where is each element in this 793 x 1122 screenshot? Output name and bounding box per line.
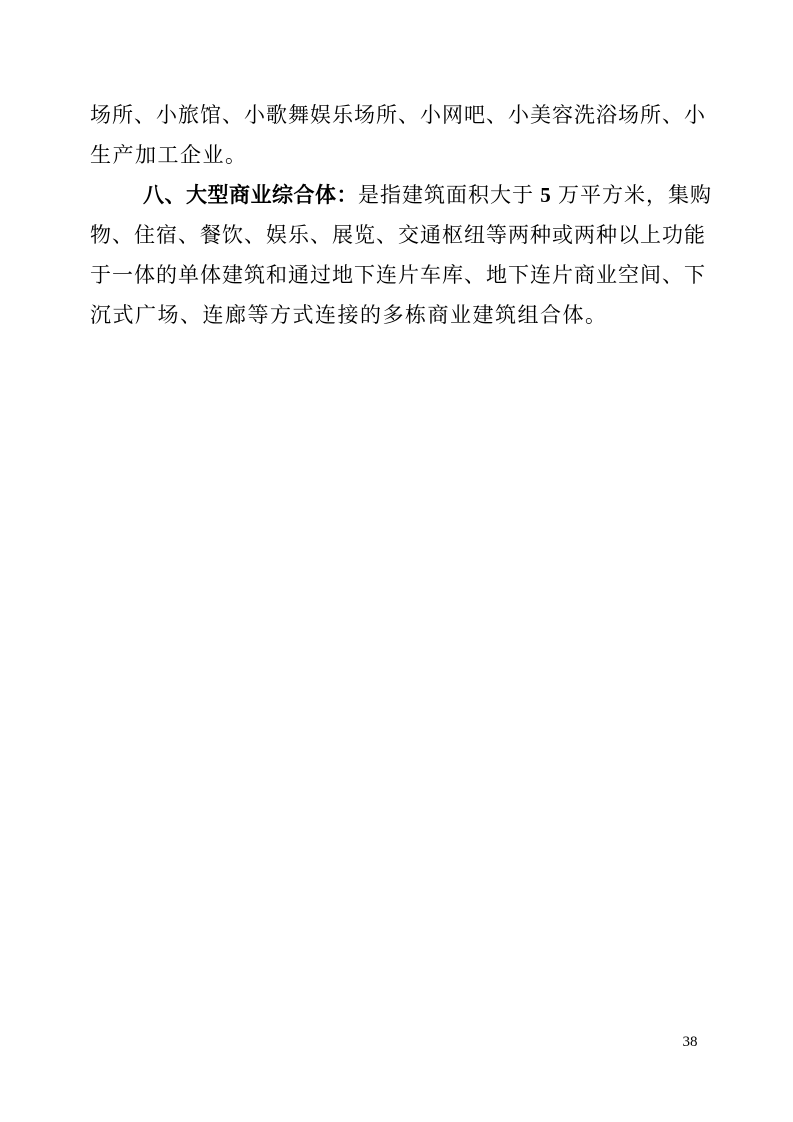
text-line-paragraph2-1: 八、大型商业综合体：是指建筑面积大于 5 万平方米，集购 bbox=[90, 175, 700, 215]
paragraph2-heading: 八、大型商业综合体： bbox=[143, 184, 358, 207]
text-line-paragraph1-1: 场所、小旅馆、小歌舞娱乐场所、小网吧、小美容洗浴场所、小 bbox=[90, 95, 700, 135]
document-page: 场所、小旅馆、小歌舞娱乐场所、小网吧、小美容洗浴场所、小 生产加工企业。 八、大… bbox=[0, 0, 793, 1122]
paragraph2-line1-text-a: 是指建筑面积大于 bbox=[358, 183, 540, 207]
document-body: 场所、小旅馆、小歌舞娱乐场所、小网吧、小美容洗浴场所、小 生产加工企业。 八、大… bbox=[90, 95, 700, 335]
text-line-paragraph2-3: 于一体的单体建筑和通过地下连片车库、地下连片商业空间、下 bbox=[90, 255, 700, 295]
paragraph2-line1-number: 5 bbox=[540, 183, 552, 207]
text-line-paragraph2-4: 沉式广场、连廊等方式连接的多栋商业建筑组合体。 bbox=[90, 295, 700, 335]
paragraph2-line1-text-b: 万平方米，集购 bbox=[552, 183, 712, 207]
page-number: 38 bbox=[660, 1032, 720, 1052]
text-line-paragraph1-2: 生产加工企业。 bbox=[90, 135, 700, 175]
text-line-paragraph2-2: 物、住宿、餐饮、娱乐、展览、交通枢纽等两种或两种以上功能 bbox=[90, 215, 700, 255]
